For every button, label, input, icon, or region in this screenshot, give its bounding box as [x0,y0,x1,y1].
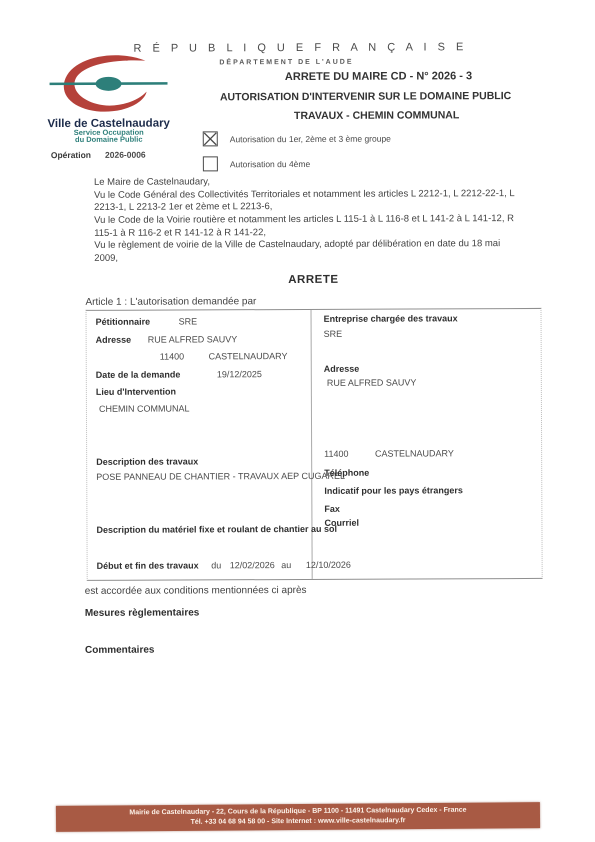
accord-conditions-line: est accordée aux conditions mentionnées … [85,585,307,597]
date-debut-value: 12/02/2026 [230,560,275,570]
adresse-value-left: RUE ALFRED SAUVY [148,334,238,344]
date-demande-label: Date de la demande [96,370,181,380]
cp-left: 11400 [160,351,184,361]
arrete-heading: ARRETE [87,273,539,287]
article-1-line: Article 1 : L'autorisation demandée par [85,296,256,308]
checkbox-label-group-4: Autorisation du 4ème [230,158,310,168]
description-materiel-label: Description du matériel fixe et roulant … [96,524,337,535]
petitionnaire-label: Pétitionnaire [96,317,151,327]
debut-fin-label: Début et fin des travaux [97,560,199,570]
description-travaux-label: Description des travaux [96,456,198,466]
courriel-label: Courriel [324,518,359,528]
authorization-info-table: Pétitionnaire SRE Adresse RUE ALFRED SAU… [86,308,543,581]
operation-number-line: Opération2026-0006 [51,150,146,160]
entreprise-label: Entreprise chargée des travaux [324,313,458,324]
adresse-value-right: RUE ALFRED SAUVY [327,377,417,387]
cp-right: 11400 [324,449,348,459]
debut-fin-row: Début et fin des travaux du 12/02/2026 a… [97,560,351,571]
preamble-line-reglement: Vu le règlement de voirie de la Ville de… [94,238,522,265]
table-column-divider [311,310,313,579]
commentaires-heading: Commentaires [85,645,155,656]
petitionnaire-row: Pétitionnaire SRE [96,316,198,326]
preamble-paragraph: Le Maire de Castelnaudary, Vu le Code Gé… [94,175,522,265]
au-label: au [281,560,291,570]
date-demande-row: Date de la demande 19/12/2025 [96,369,262,380]
description-travaux-value: POSE PANNEAU DE CHANTIER - TRAVAUX AEP C… [96,471,345,482]
cp-ville-row-left: 11400 CASTELNAUDARY [160,351,288,362]
date-demande-value: 19/12/2025 [217,369,262,379]
arrete-number-heading: ARRETE DU MAIRE CD - N° 2026 - 3 [178,70,578,84]
preamble-line-voirie: Vu le Code de la Voirie routière et nota… [94,213,522,240]
empty-box-icon [203,156,218,171]
city-logo-block: Ville de Castelnaudary Service Occupatio… [38,53,178,145]
operation-value: 2026-0006 [105,150,146,160]
footer-address-band: Mairie de Castelnaudary - 22, Cours de l… [56,802,540,832]
indicatif-label: Indicatif pour les pays étrangers [324,485,463,496]
checkbox-label-group-123: Autorisation du 1er, 2ème et 3 ème group… [230,133,391,144]
ville-right: CASTELNAUDARY [375,448,454,458]
checkbox-row-group-4: Autorisation du 4ème [203,156,310,171]
fax-label: Fax [324,504,340,514]
cp-ville-row-right: 11400 CASTELNAUDARY [324,448,454,459]
preamble-line-cgct: Vu le Code Général des Collectivités Ter… [94,188,522,215]
lieu-intervention-value: CHEMIN COMMUNAL [99,403,190,413]
adresse-label-right: Adresse [324,364,360,374]
checked-box-icon [203,131,218,146]
du-label: du [211,560,221,570]
adresse-row-left: Adresse RUE ALFRED SAUVY [96,334,238,345]
petitionnaire-value: SRE [179,316,198,326]
ville-left: CASTELNAUDARY [209,351,288,361]
date-fin-value: 12/10/2026 [306,560,351,570]
operation-label: Opération [51,150,91,160]
scanned-document-page: R É P U B L I Q U E F R A N Ç A I S E DÉ… [0,0,595,842]
checkbox-row-group-123: Autorisation du 1er, 2ème et 3 ème group… [203,131,391,147]
telephone-label: Téléphone [324,468,369,478]
mesures-reglementaires-heading: Mesures règlementaires [85,607,200,618]
entreprise-value: SRE [324,329,343,339]
autorisation-title: AUTORISATION D'INTERVENIR SUR LE DOMAINE… [166,90,566,104]
travaux-subtitle: TRAVAUX - CHEMIN COMMUNAL [177,109,577,123]
lieu-intervention-label: Lieu d'Intervention [96,387,176,397]
adresse-label-left: Adresse [96,335,132,345]
service-line-2: du Domaine Public [39,135,179,145]
